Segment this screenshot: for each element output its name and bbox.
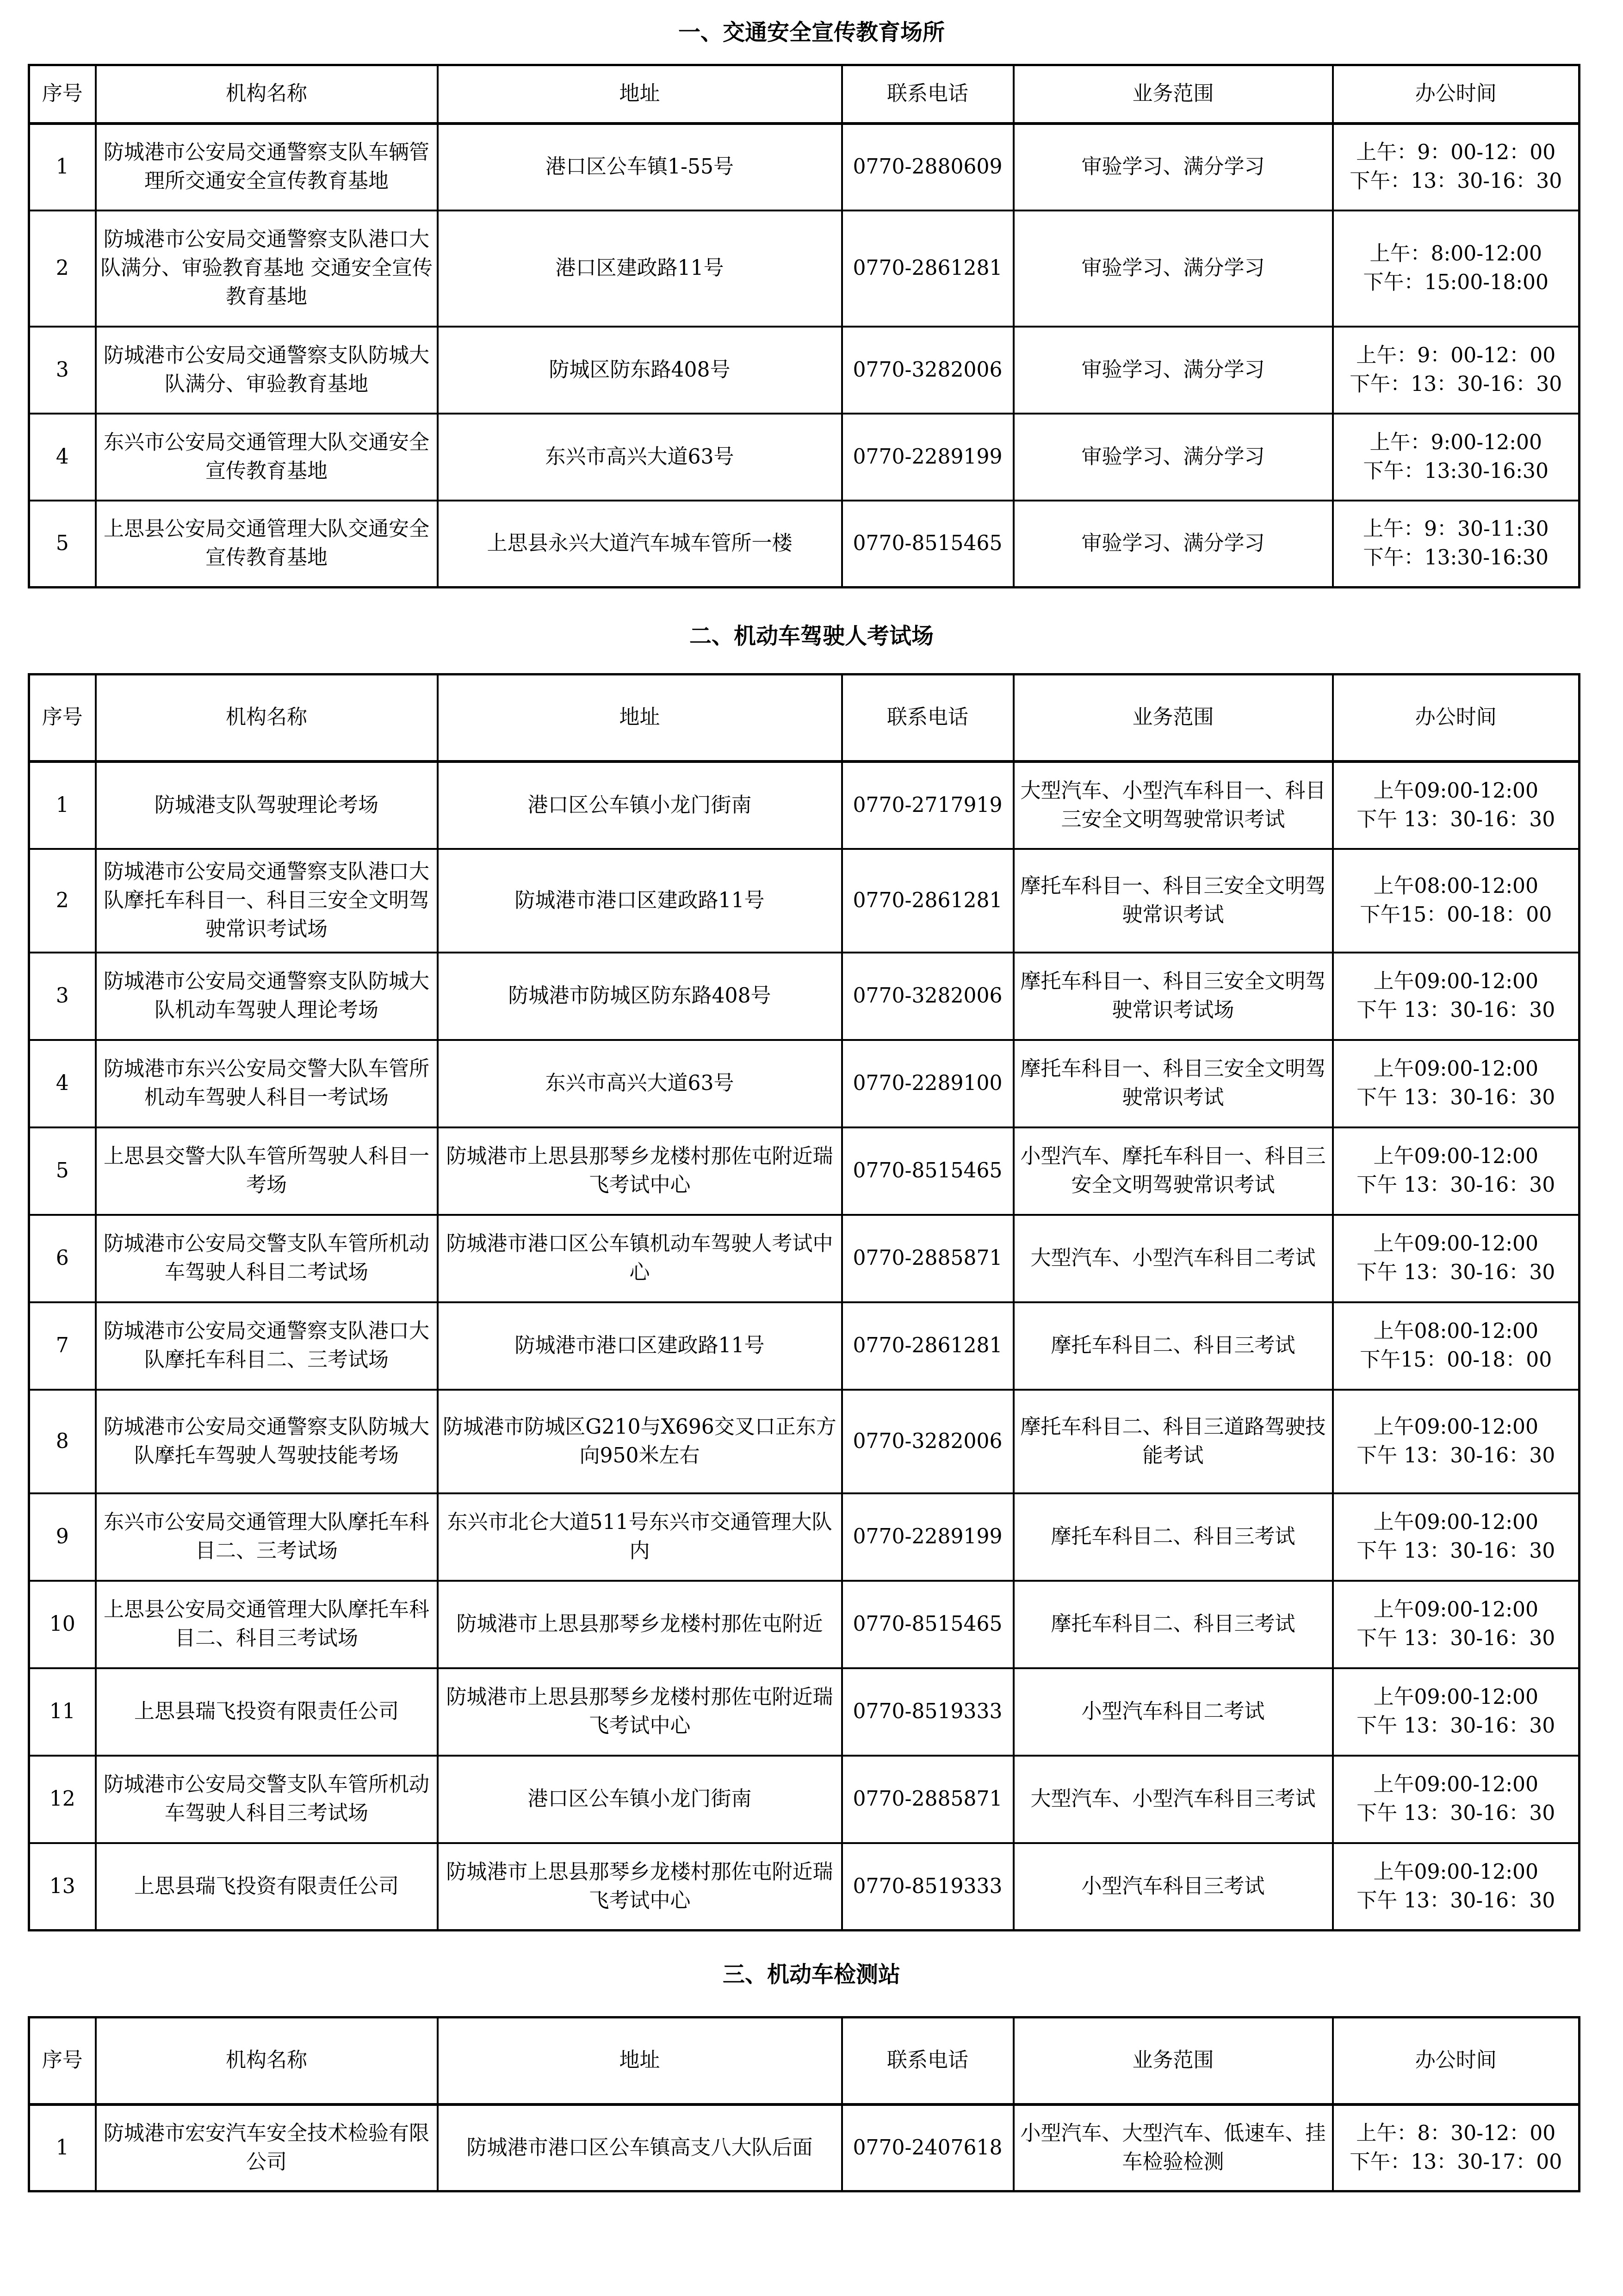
cell-address: 港口区公车镇1-55号 [438, 124, 842, 210]
section-title-exam-venues: 二、机动车驾驶人考试场 [0, 622, 1623, 650]
cell-name: 防城港市宏安汽车安全技术检验有限公司 [96, 2104, 438, 2191]
header-address: 地址 [438, 2018, 842, 2104]
table-row: 4 防城港市东兴公安局交警大队车管所机动车驾驶人科目一考试场 东兴市高兴大道63… [29, 1040, 1580, 1127]
cell-hours: 上午09:00-12:00下午 13：30-16：30 [1333, 1127, 1580, 1215]
table-row: 3 防城港市公安局交通警察支队防城大队机动车驾驶人理论考场 防城港市防城区防东路… [29, 953, 1580, 1040]
cell-address: 防城港市上思县那琴乡龙楼村那佐屯附近瑞飞考试中心 [438, 1127, 842, 1215]
header-hours: 办公时间 [1333, 675, 1580, 761]
cell-hours: 上午09:00-12:00下午 13：30-16：30 [1333, 1581, 1580, 1668]
cell-hours: 上午：9：00-12：00下午：13：30-16：30 [1333, 327, 1580, 414]
hours-pm: 下午：13：30-16：30 [1338, 370, 1575, 399]
hours-pm: 下午 13：30-16：30 [1338, 1799, 1575, 1828]
cell-no: 13 [29, 1843, 96, 1931]
cell-no: 12 [29, 1756, 96, 1843]
section-title-education: 一、交通安全宣传教育场所 [0, 19, 1623, 46]
cell-no: 8 [29, 1390, 96, 1493]
header-phone: 联系电话 [842, 675, 1014, 761]
cell-no: 1 [29, 2104, 96, 2191]
header-scope: 业务范围 [1014, 65, 1333, 124]
cell-hours: 上午：8：30-12：00下午：13：30-17：00 [1333, 2104, 1580, 2191]
table-row: 13 上思县瑞飞投资有限责任公司 防城港市上思县那琴乡龙楼村那佐屯附近瑞飞考试中… [29, 1843, 1580, 1931]
table-row: 8 防城港市公安局交通警察支队防城大队摩托车驾驶人驾驶技能考场 防城港市防城区G… [29, 1390, 1580, 1493]
education-venues-table: 序号 机构名称 地址 联系电话 业务范围 办公时间 1 防城港市公安局交通警察支… [28, 64, 1580, 588]
cell-address: 防城港市港口区建政路11号 [438, 849, 842, 953]
cell-no: 2 [29, 849, 96, 953]
table-row: 4 东兴市公安局交通管理大队交通安全宣传教育基地 东兴市高兴大道63号 0770… [29, 414, 1580, 501]
table-row: 7 防城港市公安局交通警察支队港口大队摩托车科目二、三考试场 防城港市港口区建政… [29, 1302, 1580, 1390]
cell-hours: 上午09:00-12:00下午 13：30-16：30 [1333, 1756, 1580, 1843]
cell-no: 1 [29, 124, 96, 210]
table-row: 1 防城港支队驾驶理论考场 港口区公车镇小龙门街南 0770-2717919 大… [29, 761, 1580, 849]
cell-phone: 0770-8515465 [842, 1581, 1014, 1668]
cell-scope: 审验学习、满分学习 [1014, 327, 1333, 414]
inspection-stations-table: 序号 机构名称 地址 联系电话 业务范围 办公时间 1 防城港市宏安汽车安全技术… [28, 2016, 1580, 2192]
cell-no: 2 [29, 210, 96, 327]
cell-scope: 审验学习、满分学习 [1014, 414, 1333, 501]
cell-scope: 审验学习、满分学习 [1014, 210, 1333, 327]
hours-pm: 下午：13:30-16:30 [1338, 544, 1575, 572]
cell-phone: 0770-8515465 [842, 1127, 1014, 1215]
cell-scope: 摩托车科目二、科目三道路驾驶技能考试 [1014, 1390, 1333, 1493]
hours-am: 上午09:00-12:00 [1338, 1858, 1575, 1887]
cell-no: 11 [29, 1668, 96, 1756]
hours-am: 上午09:00-12:00 [1338, 1413, 1575, 1442]
cell-scope: 大型汽车、小型汽车科目二考试 [1014, 1215, 1333, 1302]
cell-scope: 小型汽车、大型汽车、低速车、挂车检验检测 [1014, 2104, 1333, 2191]
hours-pm: 下午：13：30-17：00 [1338, 2148, 1575, 2177]
header-scope: 业务范围 [1014, 675, 1333, 761]
header-name: 机构名称 [96, 65, 438, 124]
hours-am: 上午09:00-12:00 [1338, 1508, 1575, 1537]
hours-pm: 下午：13：30-16：30 [1338, 167, 1575, 196]
hours-pm: 下午 13：30-16：30 [1338, 1624, 1575, 1653]
hours-pm: 下午 13：30-16：30 [1338, 805, 1575, 834]
cell-name: 防城港市公安局交警支队车管所机动车驾驶人科目二考试场 [96, 1215, 438, 1302]
table-row: 3 防城港市公安局交通警察支队防城大队满分、审验教育基地 防城区防东路408号 … [29, 327, 1580, 414]
cell-no: 3 [29, 953, 96, 1040]
cell-address: 港口区公车镇小龙门街南 [438, 761, 842, 849]
hours-am: 上午：9：30-11:30 [1338, 515, 1575, 544]
cell-address: 防城港市防城区防东路408号 [438, 953, 842, 1040]
cell-address: 东兴市北仑大道511号东兴市交通管理大队内 [438, 1493, 842, 1581]
table-row: 1 防城港市公安局交通警察支队车辆管理所交通安全宣传教育基地 港口区公车镇1-5… [29, 124, 1580, 210]
cell-scope: 小型汽车科目二考试 [1014, 1668, 1333, 1756]
table-row: 2 防城港市公安局交通警察支队港口大队摩托车科目一、科目三安全文明驾驶常识考试场… [29, 849, 1580, 953]
cell-no: 1 [29, 761, 96, 849]
cell-name: 上思县瑞飞投资有限责任公司 [96, 1843, 438, 1931]
cell-hours: 上午09:00-12:00下午 13：30-16：30 [1333, 1493, 1580, 1581]
section-title-inspection-stations: 三、机动车检测站 [0, 1961, 1623, 1988]
cell-scope: 摩托车科目二、科目三考试 [1014, 1493, 1333, 1581]
cell-phone: 0770-2289199 [842, 1493, 1014, 1581]
cell-scope: 小型汽车科目三考试 [1014, 1843, 1333, 1931]
exam-venues-table: 序号 机构名称 地址 联系电话 业务范围 办公时间 1 防城港支队驾驶理论考场 … [28, 673, 1580, 1931]
header-address: 地址 [438, 65, 842, 124]
cell-address: 防城港市港口区公车镇机动车驾驶人考试中心 [438, 1215, 842, 1302]
hours-pm: 下午 13：30-16：30 [1338, 1171, 1575, 1200]
cell-address: 防城港市上思县那琴乡龙楼村那佐屯附近瑞飞考试中心 [438, 1843, 842, 1931]
cell-hours: 上午09:00-12:00下午 13：30-16：30 [1333, 1215, 1580, 1302]
table-header-row: 序号 机构名称 地址 联系电话 业务范围 办公时间 [29, 2018, 1580, 2104]
cell-hours: 上午：9:00-12:00下午：13:30-16:30 [1333, 414, 1580, 501]
header-hours: 办公时间 [1333, 2018, 1580, 2104]
cell-scope: 大型汽车、小型汽车科目一、科目三安全文明驾驶常识考试 [1014, 761, 1333, 849]
cell-address: 防城港市港口区建政路11号 [438, 1302, 842, 1390]
cell-hours: 上午09:00-12:00下午 13：30-16：30 [1333, 1390, 1580, 1493]
hours-am: 上午09:00-12:00 [1338, 1142, 1575, 1171]
hours-pm: 下午：15:00-18:00 [1338, 268, 1575, 297]
cell-phone: 0770-3282006 [842, 327, 1014, 414]
cell-phone: 0770-3282006 [842, 1390, 1014, 1493]
cell-hours: 上午09:00-12:00下午 13：30-16：30 [1333, 1843, 1580, 1931]
hours-am: 上午09:00-12:00 [1338, 967, 1575, 996]
table-header-row: 序号 机构名称 地址 联系电话 业务范围 办公时间 [29, 675, 1580, 761]
hours-am: 上午09:00-12:00 [1338, 777, 1575, 805]
hours-pm: 下午 13：30-16：30 [1338, 1083, 1575, 1112]
cell-phone: 0770-2861281 [842, 849, 1014, 953]
cell-no: 6 [29, 1215, 96, 1302]
cell-address: 防城港市防城区G210与X696交叉口正东方向950米左右 [438, 1390, 842, 1493]
hours-pm: 下午 13：30-16：30 [1338, 1712, 1575, 1740]
hours-pm: 下午15：00-18：00 [1338, 901, 1575, 929]
cell-name: 防城港市公安局交通警察支队港口大队摩托车科目一、科目三安全文明驾驶常识考试场 [96, 849, 438, 953]
cell-name: 防城港市公安局交通警察支队防城大队摩托车驾驶人驾驶技能考场 [96, 1390, 438, 1493]
cell-address: 东兴市高兴大道63号 [438, 414, 842, 501]
cell-scope: 大型汽车、小型汽车科目三考试 [1014, 1756, 1333, 1843]
header-no: 序号 [29, 65, 96, 124]
header-name: 机构名称 [96, 2018, 438, 2104]
cell-name: 防城港市公安局交通警察支队港口大队满分、审验教育基地 交通安全宣传教育基地 [96, 210, 438, 327]
hours-pm: 下午 13：30-16：30 [1338, 1442, 1575, 1470]
hours-pm: 下午 13：30-16：30 [1338, 1258, 1575, 1287]
cell-name: 上思县公安局交通管理大队摩托车科目二、科目三考试场 [96, 1581, 438, 1668]
cell-hours: 上午09:00-12:00下午 13：30-16：30 [1333, 761, 1580, 849]
cell-no: 5 [29, 501, 96, 588]
hours-pm: 下午15：00-18：00 [1338, 1346, 1575, 1374]
cell-no: 4 [29, 1040, 96, 1127]
hours-am: 上午：9:00-12:00 [1338, 428, 1575, 457]
cell-hours: 上午09:00-12:00下午 13：30-16：30 [1333, 1668, 1580, 1756]
cell-phone: 0770-8519333 [842, 1668, 1014, 1756]
cell-address: 上思县永兴大道汽车城车管所一楼 [438, 501, 842, 588]
hours-pm: 下午 13：30-16：30 [1338, 996, 1575, 1025]
cell-hours: 上午：8:00-12:00下午：15:00-18:00 [1333, 210, 1580, 327]
hours-pm: 下午：13:30-16:30 [1338, 457, 1575, 486]
cell-no: 4 [29, 414, 96, 501]
cell-hours: 上午09:00-12:00下午 13：30-16：30 [1333, 1040, 1580, 1127]
cell-name: 防城港市公安局交通警察支队车辆管理所交通安全宣传教育基地 [96, 124, 438, 210]
table-row: 10 上思县公安局交通管理大队摩托车科目二、科目三考试场 防城港市上思县那琴乡龙… [29, 1581, 1580, 1668]
cell-address: 港口区建政路11号 [438, 210, 842, 327]
cell-hours: 上午08:00-12:00下午15：00-18：00 [1333, 849, 1580, 953]
cell-phone: 0770-2885871 [842, 1756, 1014, 1843]
cell-scope: 摩托车科目二、科目三考试 [1014, 1581, 1333, 1668]
table-header-row: 序号 机构名称 地址 联系电话 业务范围 办公时间 [29, 65, 1580, 124]
header-scope: 业务范围 [1014, 2018, 1333, 2104]
table-row: 5 上思县交警大队车管所驾驶人科目一考场 防城港市上思县那琴乡龙楼村那佐屯附近瑞… [29, 1127, 1580, 1215]
cell-scope: 审验学习、满分学习 [1014, 501, 1333, 588]
hours-am: 上午：9：00-12：00 [1338, 138, 1575, 167]
cell-phone: 0770-2717919 [842, 761, 1014, 849]
cell-hours: 上午：9：00-12：00下午：13：30-16：30 [1333, 124, 1580, 210]
hours-am: 上午08:00-12:00 [1338, 1317, 1575, 1346]
cell-name: 东兴市公安局交通管理大队交通安全宣传教育基地 [96, 414, 438, 501]
cell-no: 3 [29, 327, 96, 414]
table-row: 11 上思县瑞飞投资有限责任公司 防城港市上思县那琴乡龙楼村那佐屯附近瑞飞考试中… [29, 1668, 1580, 1756]
cell-phone: 0770-3282006 [842, 953, 1014, 1040]
table-row: 9 东兴市公安局交通管理大队摩托车科目二、三考试场 东兴市北仑大道511号东兴市… [29, 1493, 1580, 1581]
cell-scope: 小型汽车、摩托车科目一、科目三安全文明驾驶常识考试 [1014, 1127, 1333, 1215]
cell-scope: 摩托车科目一、科目三安全文明驾驶常识考试 [1014, 849, 1333, 953]
header-name: 机构名称 [96, 675, 438, 761]
cell-phone: 0770-2289100 [842, 1040, 1014, 1127]
hours-pm: 下午 13：30-16：30 [1338, 1887, 1575, 1915]
table-row: 6 防城港市公安局交警支队车管所机动车驾驶人科目二考试场 防城港市港口区公车镇机… [29, 1215, 1580, 1302]
cell-phone: 0770-2407618 [842, 2104, 1014, 2191]
hours-am: 上午09:00-12:00 [1338, 1055, 1575, 1083]
cell-name: 防城港市公安局交通警察支队港口大队摩托车科目二、三考试场 [96, 1302, 438, 1390]
header-no: 序号 [29, 2018, 96, 2104]
cell-no: 5 [29, 1127, 96, 1215]
cell-name: 防城港支队驾驶理论考场 [96, 761, 438, 849]
header-phone: 联系电话 [842, 65, 1014, 124]
cell-phone: 0770-8519333 [842, 1843, 1014, 1931]
hours-am: 上午：8:00-12:00 [1338, 240, 1575, 268]
cell-name: 防城港市公安局交通警察支队防城大队满分、审验教育基地 [96, 327, 438, 414]
cell-phone: 0770-8515465 [842, 501, 1014, 588]
cell-address: 港口区公车镇小龙门街南 [438, 1756, 842, 1843]
hours-am: 上午08:00-12:00 [1338, 872, 1575, 901]
cell-no: 9 [29, 1493, 96, 1581]
cell-name: 防城港市公安局交警支队车管所机动车驾驶人科目三考试场 [96, 1756, 438, 1843]
table-row: 1 防城港市宏安汽车安全技术检验有限公司 防城港市港口区公车镇高支八大队后面 0… [29, 2104, 1580, 2191]
header-no: 序号 [29, 675, 96, 761]
cell-name: 上思县交警大队车管所驾驶人科目一考场 [96, 1127, 438, 1215]
hours-am: 上午：9：00-12：00 [1338, 341, 1575, 370]
hours-am: 上午09:00-12:00 [1338, 1230, 1575, 1258]
cell-scope: 摩托车科目二、科目三考试 [1014, 1302, 1333, 1390]
hours-pm: 下午 13：30-16：30 [1338, 1537, 1575, 1566]
cell-address: 防城港市上思县那琴乡龙楼村那佐屯附近瑞飞考试中心 [438, 1668, 842, 1756]
cell-phone: 0770-2885871 [842, 1215, 1014, 1302]
cell-address: 防城港市上思县那琴乡龙楼村那佐屯附近 [438, 1581, 842, 1668]
cell-phone: 0770-2289199 [842, 414, 1014, 501]
cell-name: 上思县瑞飞投资有限责任公司 [96, 1668, 438, 1756]
cell-hours: 上午09:00-12:00下午 13：30-16：30 [1333, 953, 1580, 1040]
cell-scope: 审验学习、满分学习 [1014, 124, 1333, 210]
cell-phone: 0770-2880609 [842, 124, 1014, 210]
hours-am: 上午09:00-12:00 [1338, 1683, 1575, 1712]
hours-am: 上午09:00-12:00 [1338, 1596, 1575, 1624]
table-row: 2 防城港市公安局交通警察支队港口大队满分、审验教育基地 交通安全宣传教育基地 … [29, 210, 1580, 327]
cell-phone: 0770-2861281 [842, 1302, 1014, 1390]
cell-phone: 0770-2861281 [842, 210, 1014, 327]
cell-scope: 摩托车科目一、科目三安全文明驾驶常识考试 [1014, 1040, 1333, 1127]
cell-no: 10 [29, 1581, 96, 1668]
cell-no: 7 [29, 1302, 96, 1390]
hours-am: 上午09:00-12:00 [1338, 1770, 1575, 1799]
cell-hours: 上午08:00-12:00下午15：00-18：00 [1333, 1302, 1580, 1390]
cell-name: 上思县公安局交通管理大队交通安全宣传教育基地 [96, 501, 438, 588]
cell-address: 东兴市高兴大道63号 [438, 1040, 842, 1127]
table-row: 12 防城港市公安局交警支队车管所机动车驾驶人科目三考试场 港口区公车镇小龙门街… [29, 1756, 1580, 1843]
header-address: 地址 [438, 675, 842, 761]
cell-scope: 摩托车科目一、科目三安全文明驾驶常识考试场 [1014, 953, 1333, 1040]
header-phone: 联系电话 [842, 2018, 1014, 2104]
header-hours: 办公时间 [1333, 65, 1580, 124]
cell-name: 防城港市东兴公安局交警大队车管所机动车驾驶人科目一考试场 [96, 1040, 438, 1127]
cell-name: 东兴市公安局交通管理大队摩托车科目二、三考试场 [96, 1493, 438, 1581]
cell-name: 防城港市公安局交通警察支队防城大队机动车驾驶人理论考场 [96, 953, 438, 1040]
cell-address: 防城区防东路408号 [438, 327, 842, 414]
table-row: 5 上思县公安局交通管理大队交通安全宣传教育基地 上思县永兴大道汽车城车管所一楼… [29, 501, 1580, 588]
hours-am: 上午：8：30-12：00 [1338, 2119, 1575, 2148]
cell-hours: 上午：9：30-11:30下午：13:30-16:30 [1333, 501, 1580, 588]
cell-address: 防城港市港口区公车镇高支八大队后面 [438, 2104, 842, 2191]
